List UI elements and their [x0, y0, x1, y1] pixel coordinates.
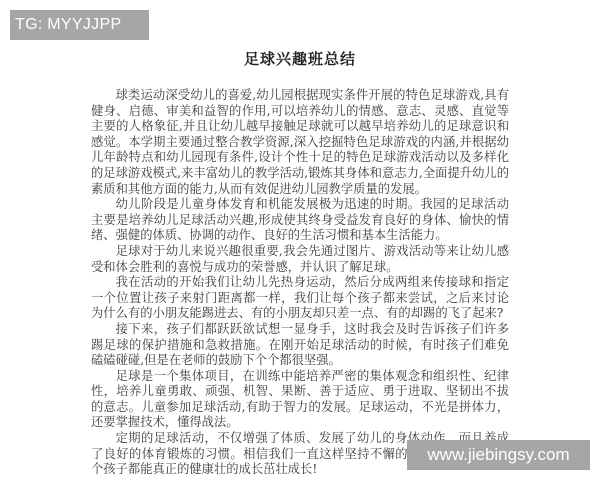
paragraph: 接下来，孩子们都跃跃欲试想一显身手，这时我会及时告诉孩子们许多踢足球的保护措施和… — [91, 322, 509, 369]
paragraph: 足球对于幼儿来说兴趣很重要,我会先通过图片、游戏活动等来让幼儿感受和体会胜利的喜… — [91, 244, 509, 275]
watermark-bottom: www.jiebingsy.com — [407, 440, 590, 470]
paragraph: 我在活动的开始我们让幼儿先热身运动，然后分成两组来传接球和指定一个位置让孩子来射… — [91, 275, 509, 322]
paragraph: 足球是一个集体项目，在训练中能培养严密的集体观念和组织性、纪律性，培养儿童勇敢、… — [91, 369, 509, 431]
paragraph: 球类运动深受幼儿的喜爱,幼儿园根据现实条件开展的特色足球游戏,具有健身、启德、审… — [91, 88, 509, 197]
paragraph: 幼儿阶段是儿童身体发育和机能发展极为迅速的时期。我园的足球活动主要是培养幼儿足球… — [91, 197, 509, 244]
watermark-top: TG: MYYJJPP — [10, 10, 149, 40]
document-title: 足球兴趣班总结 — [0, 48, 600, 69]
document-body: 球类运动深受幼儿的喜爱,幼儿园根据现实条件开展的特色足球游戏,具有健身、启德、审… — [91, 88, 509, 478]
